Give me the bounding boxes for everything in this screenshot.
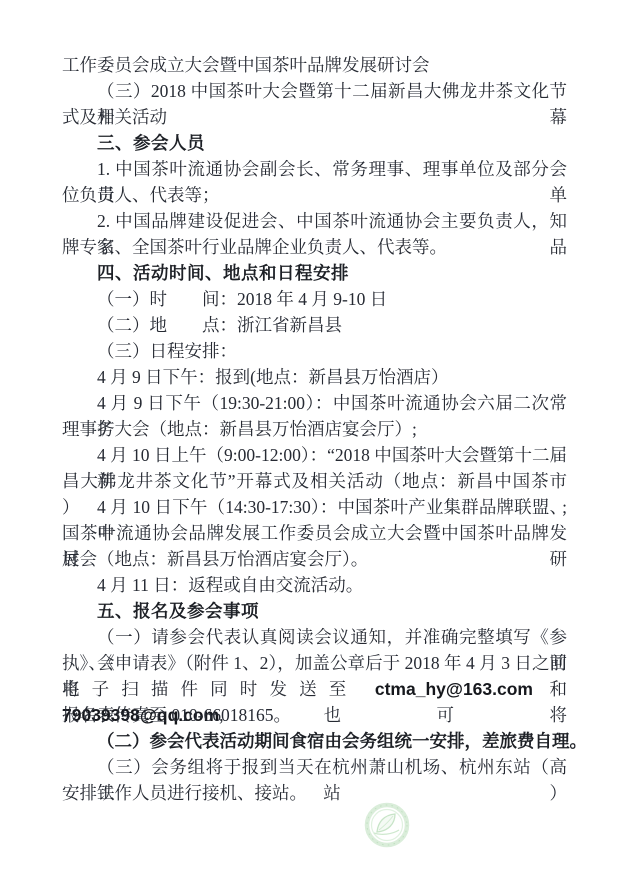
agenda-item: 4 月 10 日上午（9:00-12:00）：“2018 中国茶叶大会暨第十二届…: [62, 442, 567, 468]
heading-section-5-registration: 五、报名及参会事项: [62, 598, 567, 624]
document-line: （三）2018 中国茶叶大会暨第十二届新昌大佛龙井茶文化节开幕: [62, 78, 567, 104]
agenda-item: 4 月 9 日下午：报到(地点：新昌县万怡酒店）: [62, 364, 567, 390]
document-line: 昌大佛龙井茶文化节”开幕式及相关活动（地点：新昌中国茶市 ）;: [62, 468, 567, 494]
agenda-item: 4 月 10 日下午（14:30-17:30）：中国茶叶产业集群品牌联盟、中: [62, 494, 567, 520]
document-line: 执》、《申请表》（附件 1、2），加盖公章后于 2018 年 4 月 3 日之前…: [62, 650, 567, 676]
document-line: （一）请参会代表认真阅读会议通知，并准确完整填写《参会回: [62, 624, 567, 650]
document-page: 工作委员会成立大会暨中国茶叶品牌发展研讨会 （三）2018 中国茶叶大会暨第十二…: [0, 0, 622, 872]
document-line-bold: （二）参会代表活动期间食宿由会务组统一安排，差旅费自理。: [62, 728, 567, 754]
agenda-item: 4 月 11 日：返程或自由交流活动。: [62, 572, 567, 598]
document-line: 2. 中国品牌建设促进会、中国茶叶流通协会主要负责人，知名品: [62, 208, 567, 234]
document-line: 工作委员会成立大会暨中国茶叶品牌发展研讨会: [62, 52, 567, 78]
document-line: 1. 中国茶叶流通协会副会长、常务理事、理事单位及部分会员单: [62, 156, 567, 182]
heading-section-4-schedule: 四、活动时间、地点和日程安排: [62, 260, 567, 286]
document-line: （三）会务组将于报到当天在杭州萧山机场、杭州东站（高铁站）: [62, 754, 567, 780]
heading-section-3-participants: 三、参会人员: [62, 130, 567, 156]
agenda-item: 4 月 9 日下午（19:30-21:00）：中国茶叶流通协会六届二次常务: [62, 390, 567, 416]
email-line-prefix: 电子扫描件同时发送至: [62, 679, 375, 699]
schedule-place-line: （二）地 点：浙江省新昌县: [62, 312, 567, 338]
email-line-middle: 和: [533, 679, 567, 699]
document-line: 理事扩大会（地点：新昌县万怡酒店宴会厅）;: [62, 416, 567, 442]
email-ctma: ctma_hy@163.com: [375, 679, 533, 699]
document-line: 国茶叶流通协会品牌发展工作委员会成立大会暨中国茶叶品牌发展研: [62, 520, 567, 546]
contact-email-line: 电子扫描件同时发送至 ctma_hy@163.com 和 79039398@qq…: [62, 676, 567, 702]
leaf-seal-watermark-icon: [364, 802, 410, 848]
schedule-agenda-label: （三）日程安排：: [62, 338, 567, 364]
schedule-time-line: （一）时 间：2018 年 4 月 9-10 日: [62, 286, 567, 312]
